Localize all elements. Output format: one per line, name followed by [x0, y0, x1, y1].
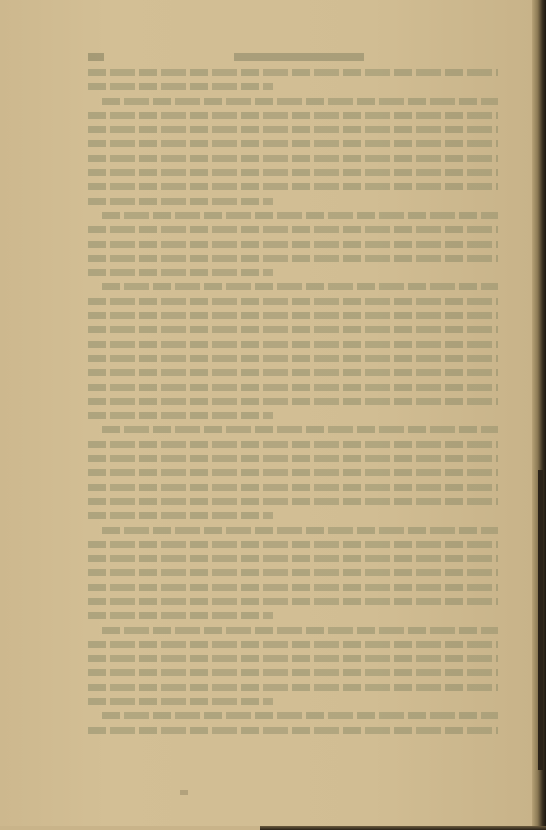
text-line	[88, 541, 498, 548]
text-line	[88, 183, 498, 190]
text-line	[88, 398, 498, 405]
running-head-title	[234, 53, 364, 61]
text-line	[102, 98, 498, 105]
text-line	[88, 441, 498, 448]
text-line	[88, 83, 273, 90]
text-line	[102, 283, 498, 290]
text-line	[88, 455, 498, 462]
text-line	[88, 226, 498, 233]
text-line	[88, 498, 498, 505]
text-line	[88, 169, 498, 176]
text-line	[88, 727, 498, 734]
body-text	[88, 69, 498, 741]
text-line	[88, 126, 498, 133]
page-number	[88, 53, 104, 61]
text-line	[88, 312, 498, 319]
text-line	[88, 341, 498, 348]
text-line	[102, 212, 498, 219]
text-line	[102, 527, 498, 534]
text-line	[88, 484, 498, 491]
text-line	[102, 627, 498, 634]
text-line	[102, 426, 498, 433]
text-line	[88, 569, 498, 576]
text-line	[88, 641, 498, 648]
signature-mark	[180, 790, 188, 795]
text-line	[88, 140, 498, 147]
text-line	[88, 269, 273, 276]
text-line	[88, 584, 498, 591]
text-line	[88, 355, 498, 362]
text-line	[88, 155, 498, 162]
text-line	[88, 469, 498, 476]
text-line	[88, 255, 498, 262]
text-line	[88, 198, 273, 205]
text-line	[88, 555, 498, 562]
text-line	[88, 684, 498, 691]
text-line	[88, 384, 498, 391]
text-line	[88, 655, 498, 662]
bottom-page-edge	[260, 826, 546, 830]
text-line	[88, 412, 273, 419]
binding-shadow	[538, 470, 543, 770]
text-line	[102, 712, 498, 719]
running-head	[88, 50, 498, 64]
text-line	[88, 326, 498, 333]
book-page	[0, 0, 532, 826]
text-line	[88, 612, 273, 619]
text-line	[88, 369, 498, 376]
text-line	[88, 669, 498, 676]
text-line	[88, 298, 498, 305]
text-line	[88, 698, 273, 705]
text-line	[88, 598, 498, 605]
text-line	[88, 512, 273, 519]
text-line	[88, 241, 498, 248]
text-line	[88, 112, 498, 119]
text-line	[88, 69, 498, 76]
